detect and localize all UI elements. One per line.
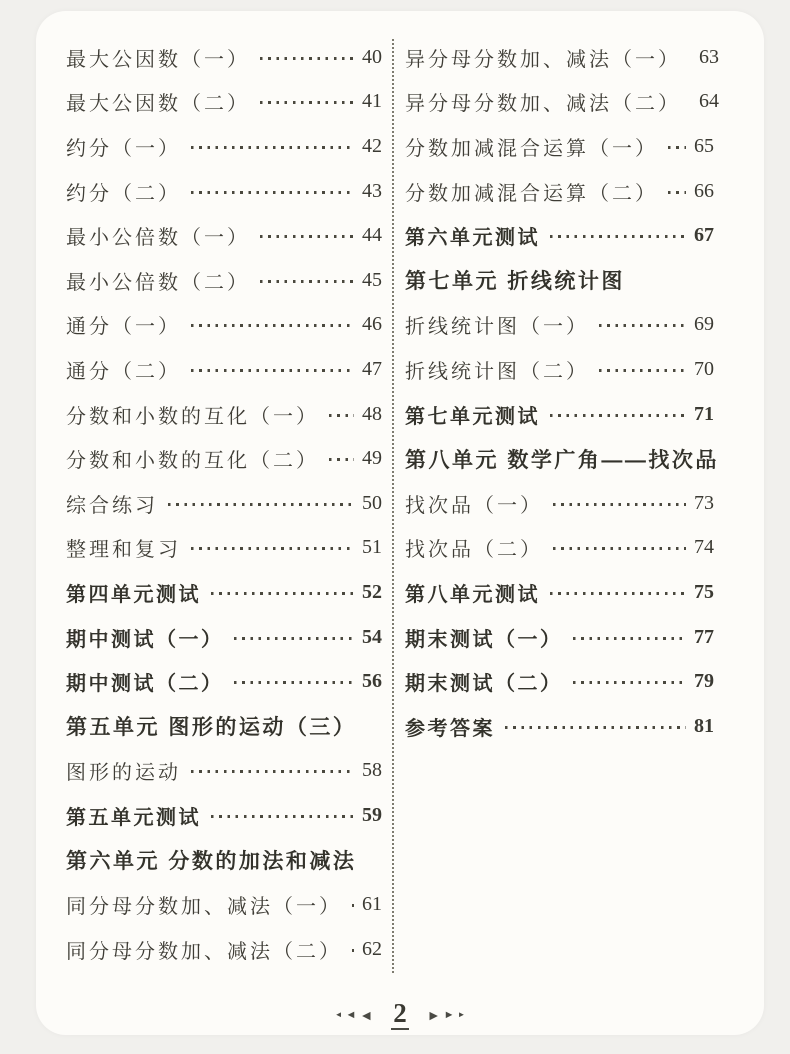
arrow-left-icon: ◄ — [346, 1010, 357, 1021]
toc-entry-page-number: 58 — [362, 759, 382, 782]
toc-entry-page-number: 44 — [362, 224, 382, 247]
toc-entry: 同分母分数加、减法（二） 62 — [66, 927, 382, 972]
toc-entry-page-number: 47 — [362, 358, 382, 381]
toc-entry: 期末测试（一） 77 — [405, 615, 714, 660]
dot-leader — [550, 592, 686, 595]
toc-entry-page-number: 56 — [362, 670, 382, 693]
toc-entry-title: 异分母分数加、减法（二） — [405, 87, 681, 116]
dot-leader — [211, 592, 354, 595]
toc-entry-title: 第七单元 折线统计图 — [405, 265, 625, 295]
toc-right-column: 异分母分数加、减法（一） 63 异分母分数加、减法（二） 64 分数加减混合运算… — [405, 35, 714, 749]
toc-entry-page-number: 59 — [362, 804, 382, 827]
toc-entry: 参考答案 81 — [405, 704, 714, 749]
toc-entry-page-number: 61 — [362, 893, 382, 916]
toc-entry-page-number: 81 — [694, 715, 714, 738]
toc-entry-page-number: 54 — [362, 626, 382, 649]
toc-entry-page-number: 52 — [362, 581, 382, 604]
toc-entry-page-number: 46 — [362, 313, 382, 336]
arrow-right-icon: ► — [444, 1010, 455, 1021]
toc-entry-title: 折线统计图（一） — [405, 310, 589, 339]
toc-entry-page-number: 50 — [362, 492, 382, 515]
toc-entry: 期末测试（二） 79 — [405, 659, 714, 704]
dot-leader — [352, 904, 354, 907]
dot-leader — [260, 280, 354, 283]
arrow-right-icon: ► — [458, 1011, 466, 1019]
toc-entry-page-number: 45 — [362, 269, 382, 292]
toc-left-column: 最大公因数（一） 40 最大公因数（二） 41 约分（一） 42 — [66, 35, 382, 971]
toc-entry: 折线统计图（二） 70 — [405, 347, 714, 392]
dot-leader — [550, 414, 686, 417]
dot-leader — [260, 57, 354, 60]
toc-entry-page-number: 40 — [362, 46, 382, 69]
dot-leader — [553, 503, 686, 506]
prev-page-arrows-icon: ◄ ◄ ◄ — [335, 1008, 374, 1022]
dot-leader — [191, 324, 354, 327]
toc-entry-page-number: 74 — [694, 536, 714, 559]
toc-entry-page-number: 70 — [694, 358, 714, 381]
toc-entry-page-number: 73 — [694, 492, 714, 515]
toc-entry-title: 约分（二） — [66, 177, 181, 206]
column-divider — [392, 39, 394, 973]
toc-entry: 第八单元测试 75 — [405, 570, 714, 615]
page-number: 2 — [391, 1000, 409, 1030]
toc-entry-page-number: 42 — [362, 135, 382, 158]
toc-entry: 找次品（一） 73 — [405, 481, 714, 526]
toc-entry-page-number: 62 — [362, 938, 382, 961]
dot-leader — [191, 547, 354, 550]
toc-entry: 异分母分数加、减法（一） 63 — [405, 35, 714, 80]
dot-leader — [191, 770, 354, 773]
toc-entry: 最小公倍数（一） 44 — [66, 213, 382, 258]
toc-entry-title: 异分母分数加、减法（一） — [405, 43, 681, 72]
page-footer: ◄ ◄ ◄ 2 ► ► ► — [36, 1000, 764, 1030]
dot-leader — [191, 369, 354, 372]
toc-entry-title: 期中测试（一） — [66, 623, 224, 652]
dot-leader — [550, 235, 686, 238]
toc-entry: 第五单元 图形的运动（三） — [66, 704, 382, 749]
toc-entry-title: 约分（一） — [66, 132, 181, 161]
toc-entry-title: 分数和小数的互化（一） — [66, 400, 319, 429]
toc-page: 最大公因数（一） 40 最大公因数（二） 41 约分（一） 42 — [36, 11, 764, 1035]
dot-leader — [352, 949, 354, 952]
toc-entry: 分数和小数的互化（一） 48 — [66, 392, 382, 437]
toc-entry: 最大公因数（二） 41 — [66, 80, 382, 125]
dot-leader — [329, 414, 354, 417]
dot-leader — [168, 503, 354, 506]
toc-entry-page-number: 41 — [362, 90, 382, 113]
toc-entry-title: 第八单元 数学广角——找次品 — [405, 444, 719, 474]
dot-leader — [668, 146, 686, 149]
toc-entry-page-number: 71 — [694, 403, 714, 426]
toc-entry-title: 分数和小数的互化（二） — [66, 444, 319, 473]
toc-entry-title: 找次品（一） — [405, 489, 543, 518]
toc-entry: 分数加减混合运算（二） 66 — [405, 169, 714, 214]
dot-leader — [191, 146, 354, 149]
arrow-left-icon: ◄ — [335, 1011, 343, 1019]
dot-leader — [505, 726, 686, 729]
toc-entry: 第六单元 分数的加法和减法 — [66, 838, 382, 883]
toc-entry-title: 第五单元 图形的运动（三） — [66, 711, 356, 741]
dot-leader — [211, 815, 354, 818]
toc-entry: 通分（二） 47 — [66, 347, 382, 392]
toc-entry: 找次品（二） 74 — [405, 526, 714, 571]
arrow-right-icon: ► — [427, 1008, 441, 1022]
dot-leader — [234, 681, 355, 684]
toc-entry: 期中测试（一） 54 — [66, 615, 382, 660]
toc-entry: 同分母分数加、减法（一） 61 — [66, 882, 382, 927]
toc-entry: 第七单元 折线统计图 — [405, 258, 714, 303]
toc-entry-title: 折线统计图（二） — [405, 355, 589, 384]
toc-entry-title: 同分母分数加、减法（一） — [66, 890, 342, 919]
toc-entry-page-number: 65 — [694, 135, 714, 158]
toc-entry-page-number: 79 — [694, 670, 714, 693]
dot-leader — [191, 191, 354, 194]
toc-entry-title: 分数加减混合运算（一） — [405, 132, 658, 161]
toc-entry-page-number: 43 — [362, 180, 382, 203]
toc-entry: 期中测试（二） 56 — [66, 659, 382, 704]
dot-leader — [599, 369, 686, 372]
dot-leader — [573, 637, 687, 640]
toc-entry: 第四单元测试 52 — [66, 570, 382, 615]
toc-entry: 整理和复习 51 — [66, 526, 382, 571]
toc-entry-title: 通分（一） — [66, 310, 181, 339]
toc-entry-title: 综合练习 — [66, 489, 158, 518]
toc-entry-title: 第四单元测试 — [66, 578, 201, 607]
toc-entry-title: 最大公因数（二） — [66, 87, 250, 116]
next-page-arrows-icon: ► ► ► — [427, 1008, 466, 1022]
toc-entry-page-number: 75 — [694, 581, 714, 604]
toc-entry-title: 最小公倍数（一） — [66, 221, 250, 250]
toc-entry-title: 最小公倍数（二） — [66, 266, 250, 295]
toc-entry-title: 分数加减混合运算（二） — [405, 177, 658, 206]
toc-entry-title: 最大公因数（一） — [66, 43, 250, 72]
toc-entry-title: 期中测试（二） — [66, 667, 224, 696]
toc-entry: 约分（一） 42 — [66, 124, 382, 169]
toc-entry-page-number: 77 — [694, 626, 714, 649]
toc-entry-title: 第六单元 分数的加法和减法 — [66, 845, 356, 875]
dot-leader — [260, 101, 354, 104]
toc-entry: 图形的运动 58 — [66, 749, 382, 794]
toc-entry: 分数加减混合运算（一） 65 — [405, 124, 714, 169]
toc-entry: 折线统计图（一） 69 — [405, 303, 714, 348]
toc-entry: 最小公倍数（二） 45 — [66, 258, 382, 303]
dot-leader — [573, 681, 687, 684]
toc-entry: 通分（一） 46 — [66, 303, 382, 348]
toc-entry-title: 第八单元测试 — [405, 578, 540, 607]
toc-entry: 分数和小数的互化（二） 49 — [66, 436, 382, 481]
dot-leader — [553, 547, 686, 550]
arrow-left-icon: ◄ — [359, 1008, 373, 1022]
toc-entry-page-number: 64 — [699, 90, 719, 113]
toc-entry-title: 参考答案 — [405, 712, 495, 741]
toc-entry: 约分（二） 43 — [66, 169, 382, 214]
dot-leader — [599, 324, 686, 327]
toc-entry-title: 期末测试（一） — [405, 623, 563, 652]
scan-background: 最大公因数（一） 40 最大公因数（二） 41 约分（一） 42 — [0, 0, 790, 1054]
toc-entry: 第八单元 数学广角——找次品 — [405, 436, 714, 481]
toc-entry-page-number: 69 — [694, 313, 714, 336]
toc-entry-page-number: 48 — [362, 403, 382, 426]
toc-entry-page-number: 51 — [362, 536, 382, 559]
toc-entry-title: 通分（二） — [66, 355, 181, 384]
toc-entry: 异分母分数加、减法（二） 64 — [405, 80, 714, 125]
dot-leader — [668, 191, 686, 194]
dot-leader — [260, 235, 354, 238]
toc-entry: 综合练习 50 — [66, 481, 382, 526]
toc-entry-page-number: 63 — [699, 46, 719, 69]
toc-entry: 第五单元测试 59 — [66, 793, 382, 838]
toc-entry-title: 第七单元测试 — [405, 400, 540, 429]
dot-leader — [329, 458, 354, 461]
toc-entry-title: 找次品（二） — [405, 533, 543, 562]
toc-entry-title: 图形的运动 — [66, 756, 181, 785]
dot-leader — [234, 637, 355, 640]
toc-entry-title: 整理和复习 — [66, 533, 181, 562]
toc-entry-title: 期末测试（二） — [405, 667, 563, 696]
toc-entry-title: 第六单元测试 — [405, 221, 540, 250]
toc-entry-title: 同分母分数加、减法（二） — [66, 935, 342, 964]
toc-entry-page-number: 49 — [362, 447, 382, 470]
toc-entry: 第六单元测试 67 — [405, 213, 714, 258]
toc-entry: 最大公因数（一） 40 — [66, 35, 382, 80]
toc-entry-page-number: 67 — [694, 224, 714, 247]
toc-entry: 第七单元测试 71 — [405, 392, 714, 437]
toc-entry-page-number: 66 — [694, 180, 714, 203]
toc-entry-title: 第五单元测试 — [66, 801, 201, 830]
